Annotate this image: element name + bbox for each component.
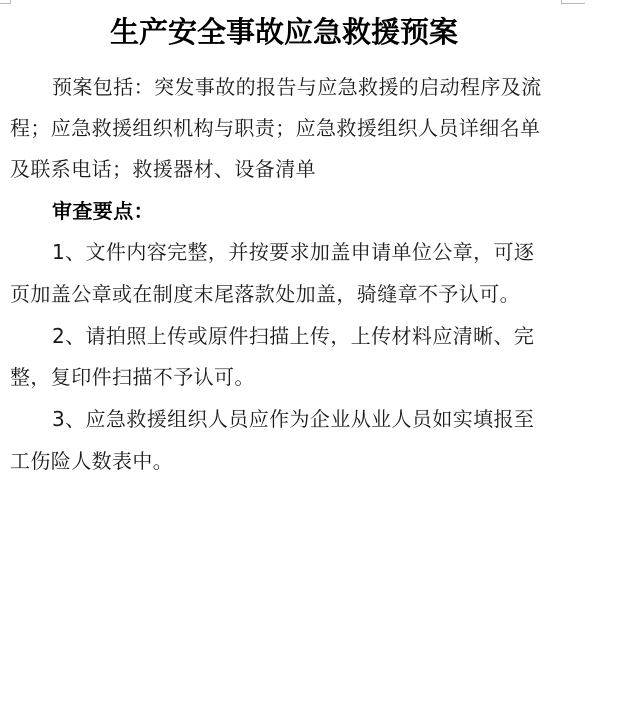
review-point-3-line-1: 3、应急救援组织人员应作为企业从业人员如实填报至 <box>52 405 534 433</box>
review-point-3-line-2: 工伤险人数表中。 <box>10 447 173 475</box>
crop-mark-top-right <box>561 3 585 4</box>
review-point-2-line-1: 2、请拍照上传或原件扫描上传，上传材料应清晰、完 <box>52 322 534 350</box>
crop-mark-top-right-vertical <box>561 0 562 4</box>
crop-mark-top-left <box>0 3 10 4</box>
review-point-2-line-2: 整，复印件扫描不予认可。 <box>10 363 255 391</box>
review-heading: 审查要点： <box>52 197 154 225</box>
document-title: 生产安全事故应急救援预案 <box>0 13 568 51</box>
intro-line-1: 预案包括：突发事故的报告与应急救援的启动程序及流 <box>52 73 542 101</box>
crop-mark-top-left-vertical <box>10 0 11 4</box>
review-point-1-line-1: 1、文件内容完整，并按要求加盖申请单位公章，可逐 <box>52 238 534 266</box>
review-point-1-line-2: 页加盖公章或在制度末尾落款处加盖，骑缝章不予认可。 <box>10 280 520 308</box>
intro-line-3: 及联系电话；救援器材、设备清单 <box>10 155 316 183</box>
intro-line-2: 程；应急救援组织机构与职责；应急救援组织人员详细名单 <box>10 114 540 142</box>
